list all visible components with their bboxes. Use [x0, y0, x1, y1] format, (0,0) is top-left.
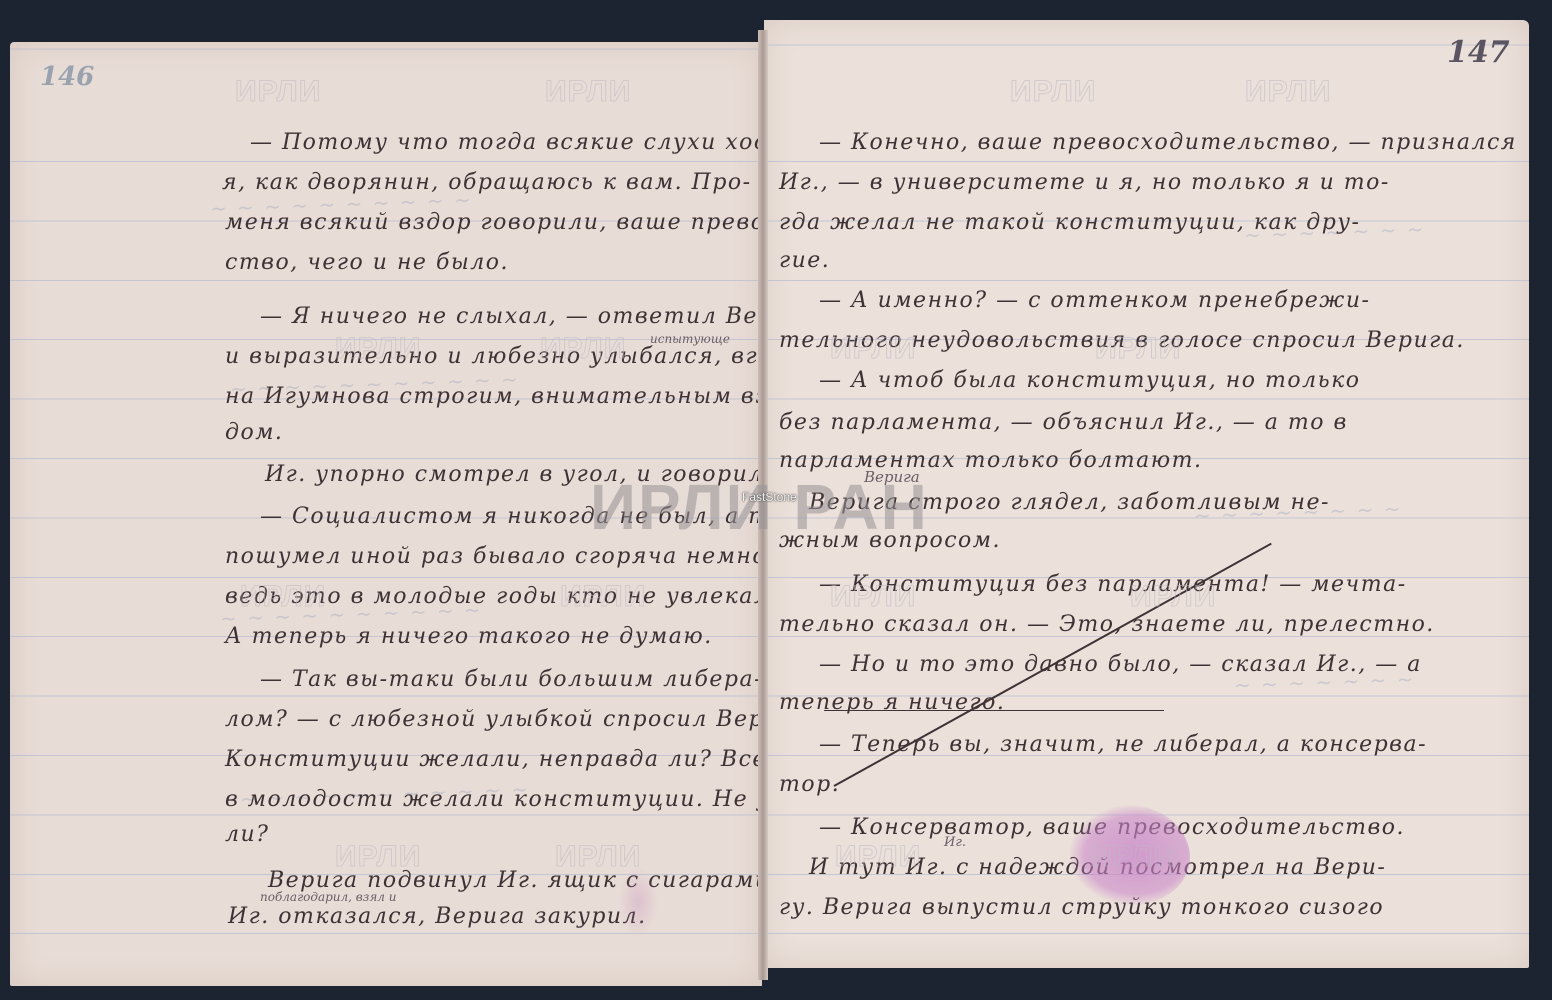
- manuscript-line: — Потому что тогда всякие слухи ходили, …: [250, 130, 762, 155]
- manuscript-line: ство, чего и не было.: [225, 250, 509, 275]
- watermark: ИРЛИ: [240, 580, 326, 614]
- manuscript-line: Иг., — в университете и я, но только я и…: [779, 170, 1390, 195]
- interlinear-insertion: Иг.: [944, 835, 966, 850]
- watermark: ИРЛИ: [235, 75, 321, 109]
- deletion-stroke: [824, 710, 1164, 711]
- ink-stain: [618, 867, 658, 937]
- watermark: ИРЛИ: [555, 840, 641, 874]
- watermark: ИРЛИ: [335, 332, 421, 366]
- manuscript-line: — А именно? — с оттенком пренебрежи-: [819, 288, 1370, 313]
- manuscript-line: я, как дворянин, обращаюсь к вам. Про-: [222, 170, 752, 195]
- watermark: ИРЛИ: [1130, 580, 1216, 614]
- manuscript-line: Конституции желали, неправда ли? Все мы: [225, 747, 762, 772]
- interlinear-insertion: поблагодарил, взял и: [260, 890, 396, 904]
- manuscript-line: дом.: [225, 420, 283, 445]
- watermark: ИРЛИ: [1095, 332, 1181, 366]
- manuscript-line: на Игумнова строгим, внимательным взгля-: [225, 384, 762, 409]
- watermark: ИРЛИ: [540, 332, 626, 366]
- folio-number-left: 146: [40, 62, 94, 92]
- manuscript-line: — А чтоб была конституция, но только: [819, 368, 1360, 393]
- manuscript-line: гие.: [779, 248, 830, 273]
- watermark: ИРЛИ: [335, 840, 421, 874]
- archive-watermark: ИРЛИ РАН: [590, 470, 929, 544]
- manuscript-line: в молодости желали конституции. Не угодн…: [225, 787, 762, 812]
- manuscript-line: гу. Верига выпустил струйку тонкого сизо…: [779, 895, 1384, 920]
- manuscript-line: ли?: [225, 822, 269, 847]
- manuscript-line: гда желал не такой конституции, как дру-: [779, 210, 1360, 235]
- watermark: ИРЛИ: [830, 332, 916, 366]
- interlinear-insertion: испытующе: [650, 332, 730, 346]
- watermark: ИРЛИ: [830, 580, 916, 614]
- folio-number-right: 147: [1447, 35, 1510, 70]
- manuscript-line: пошумел иной раз бывало сгоряча немного,…: [225, 544, 762, 569]
- manuscript-line: без парламента, — объяснил Иг., — а то в: [779, 410, 1348, 435]
- manuscript-line: — Так вы-таки были большим либера-: [260, 667, 762, 692]
- watermark: ИРЛИ: [1090, 840, 1176, 874]
- watermark: ИРЛИ: [1010, 75, 1096, 109]
- manuscript-line: — Но и то это давно было, — сказал Иг., …: [819, 652, 1422, 677]
- manuscript-line: тор.: [779, 772, 840, 797]
- watermark: ИРЛИ: [545, 75, 631, 109]
- manuscript-line: и выразительно и любезно улыбался, вгляд…: [225, 344, 762, 369]
- manuscript-line: — Конечно, ваше превосходительство, — пр…: [819, 130, 1517, 155]
- manuscript-line: — Я ничего не слыхал, — ответил Верига: [260, 304, 762, 329]
- manuscript-line: Иг. отказался, Верига закурил.: [228, 904, 647, 929]
- manuscript-line: лом? — с любезной улыбкой спросил Верига…: [225, 707, 762, 732]
- manuscript-line: А теперь я ничего такого не думаю.: [225, 624, 713, 649]
- watermark: ИРЛИ: [1245, 75, 1331, 109]
- watermark: ИРЛИ: [560, 580, 646, 614]
- manuscript-line: меня всякий вздор говорили, ваше превосх…: [225, 210, 762, 235]
- scanner-watermark: FastStone: [742, 490, 797, 504]
- watermark: ИРЛИ: [835, 840, 921, 874]
- manuscript-line: теперь я ничего.: [779, 690, 1005, 715]
